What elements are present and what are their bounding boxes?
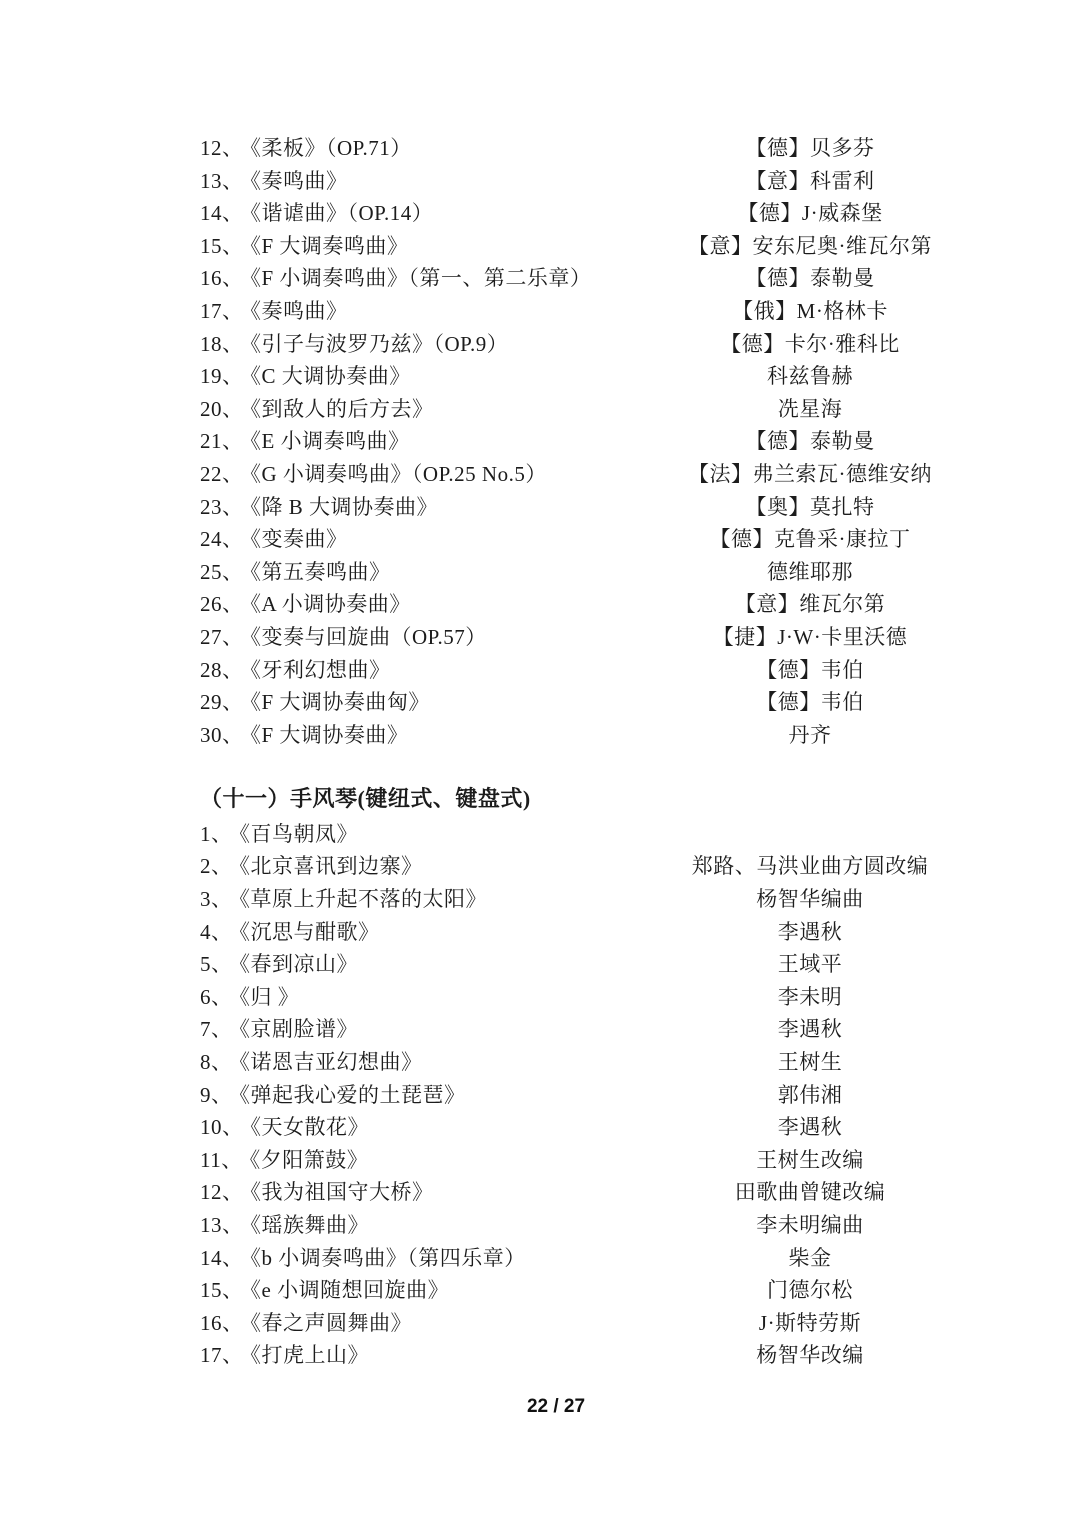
list-item: 24、《变奏曲》 【德】克鲁采·康拉丁: [200, 523, 1010, 556]
piece-author: 门德尔松: [610, 1274, 1010, 1307]
piece-title-cell: 8、《诺恩吉亚幻想曲》: [200, 1046, 610, 1079]
item-number: 7、: [200, 1017, 233, 1041]
list-item: 6、《归 》 李未明: [200, 981, 1010, 1014]
list-item: 21、《E 小调奏鸣曲》 【德】泰勒曼: [200, 425, 1010, 458]
piece-title: 《柔板》（OP.71）: [251, 136, 412, 160]
piece-title: 《F 小调奏鸣曲》（第一、第二乐章）: [251, 266, 592, 290]
piece-author: 李遇秋: [610, 916, 1010, 949]
piece-author: 李未明: [610, 981, 1010, 1014]
list-item: 9、《弹起我心爱的土琵琶》 郭伟湘: [200, 1079, 1010, 1112]
list-item: 3、《草原上升起不落的太阳》 杨智华编曲: [200, 883, 1010, 916]
document-content: 12、《柔板》（OP.71） 【德】贝多芬 13、《奏鸣曲》 【意】科雷利 14…: [0, 132, 1080, 1372]
piece-author: 【俄】M·格林卡: [610, 295, 1010, 328]
piece-author: 【德】韦伯: [610, 654, 1010, 687]
piece-title: 《E 小调奏鸣曲》: [251, 429, 410, 453]
item-number: 15、: [200, 234, 244, 258]
item-number: 17、: [200, 299, 244, 323]
list-item: 14、《谐谑曲》（OP.14） 【德】J·威森堡: [200, 197, 1010, 230]
item-number: 6、: [200, 985, 233, 1009]
piece-author: 【德】贝多芬: [610, 132, 1010, 165]
piece-author: 郭伟湘: [610, 1079, 1010, 1112]
piece-author: 冼星海: [610, 393, 1010, 426]
list-item: 16、《F 小调奏鸣曲》（第一、第二乐章） 【德】泰勒曼: [200, 262, 1010, 295]
item-number: 4、: [200, 920, 233, 944]
item-number: 30、: [200, 723, 244, 747]
item-number: 10、: [200, 1115, 244, 1139]
item-number: 14、: [200, 1246, 244, 1270]
piece-author: 【德】克鲁采·康拉丁: [610, 523, 1010, 556]
list-item: 23、《降 B 大调协奏曲》 【奥】莫扎特: [200, 491, 1010, 524]
piece-title-cell: 12、《柔板》（OP.71）: [200, 132, 610, 165]
item-number: 9、: [200, 1083, 233, 1107]
item-number: 2、: [200, 854, 233, 878]
piece-title-cell: 29、《F 大调协奏曲匈》: [200, 686, 610, 719]
piece-title: 《天女散花》: [251, 1115, 370, 1139]
piece-author: 【意】科雷利: [610, 165, 1010, 198]
piece-title-cell: 17、《奏鸣曲》: [200, 295, 610, 328]
piece-title: 《牙利幻想曲》: [251, 658, 391, 682]
list-item: 14、《b 小调奏鸣曲》（第四乐章） 柴金: [200, 1242, 1010, 1275]
piece-title-cell: 10、《天女散花》: [200, 1111, 610, 1144]
piece-author: [610, 818, 1010, 851]
piece-author: 李未明编曲: [610, 1209, 1010, 1242]
piece-title: 《G 小调奏鸣曲》（OP.25 No.5）: [251, 462, 547, 486]
piece-title-cell: 20、《到敌人的后方去》: [200, 393, 610, 426]
item-number: 1、: [200, 822, 233, 846]
piece-title-cell: 17、《打虎上山》: [200, 1339, 610, 1372]
list-item: 16、《春之声圆舞曲》 J·斯特劳斯: [200, 1307, 1010, 1340]
piece-title-cell: 14、《谐谑曲》（OP.14）: [200, 197, 610, 230]
piece-title: 《奏鸣曲》: [251, 169, 348, 193]
piece-title-cell: 23、《降 B 大调协奏曲》: [200, 491, 610, 524]
piece-title: 《到敌人的后方去》: [251, 397, 434, 421]
piece-title: 《第五奏鸣曲》: [251, 560, 391, 584]
piece-author: 【法】弗兰索瓦·德维安纳: [610, 458, 1010, 491]
list-item: 20、《到敌人的后方去》 冼星海: [200, 393, 1010, 426]
item-number: 12、: [200, 1180, 244, 1204]
piece-title-cell: 16、《F 小调奏鸣曲》（第一、第二乐章）: [200, 262, 610, 295]
piece-title-cell: 5、《春到凉山》: [200, 948, 610, 981]
piece-title-cell: 13、《奏鸣曲》: [200, 165, 610, 198]
piece-title: 《归 》: [240, 985, 300, 1009]
piece-author: 【德】J·威森堡: [610, 197, 1010, 230]
piece-title-cell: 15、《e 小调随想回旋曲》: [200, 1274, 610, 1307]
piece-title: 《奏鸣曲》: [251, 299, 348, 323]
piece-title-cell: 28、《牙利幻想曲》: [200, 654, 610, 687]
item-number: 23、: [200, 495, 244, 519]
piece-title: 《春之声圆舞曲》: [251, 1311, 413, 1335]
piece-title: 《打虎上山》: [251, 1343, 370, 1367]
item-number: 25、: [200, 560, 244, 584]
piece-title-cell: 15、《F 大调奏鸣曲》: [200, 230, 610, 263]
repertoire-list-accordion: 1、《百鸟朝凤》 2、《北京喜讯到边寨》 郑路、马洪业曲方圆改编 3、《草原上升…: [200, 818, 1010, 1372]
piece-author: 王树生: [610, 1046, 1010, 1079]
piece-author: 李遇秋: [610, 1111, 1010, 1144]
piece-title-cell: 21、《E 小调奏鸣曲》: [200, 425, 610, 458]
piece-author: 【德】卡尔·雅科比: [610, 328, 1010, 361]
list-item: 10、《天女散花》 李遇秋: [200, 1111, 1010, 1144]
item-number: 8、: [200, 1050, 233, 1074]
piece-title: 《百鸟朝凤》: [240, 822, 359, 846]
piece-author: 【奥】莫扎特: [610, 491, 1010, 524]
item-number: 15、: [200, 1278, 244, 1302]
piece-title-cell: 25、《第五奏鸣曲》: [200, 556, 610, 589]
list-item: 13、《奏鸣曲》 【意】科雷利: [200, 165, 1010, 198]
item-number: 29、: [200, 690, 244, 714]
piece-author: 郑路、马洪业曲方圆改编: [610, 850, 1010, 883]
piece-title-cell: 19、《C 大调协奏曲》: [200, 360, 610, 393]
piece-title: 《我为祖国守大桥》: [251, 1180, 434, 1204]
list-item: 30、《F 大调协奏曲》 丹齐: [200, 719, 1010, 752]
repertoire-list-section-10: 12、《柔板》（OP.71） 【德】贝多芬 13、《奏鸣曲》 【意】科雷利 14…: [200, 132, 1010, 751]
piece-title-cell: 22、《G 小调奏鸣曲》（OP.25 No.5）: [200, 458, 610, 491]
item-number: 14、: [200, 201, 244, 225]
piece-title: 《夕阳箫鼓》: [250, 1148, 369, 1172]
piece-author: 柴金: [610, 1242, 1010, 1275]
piece-author: 德维耶那: [610, 556, 1010, 589]
piece-title-cell: 30、《F 大调协奏曲》: [200, 719, 610, 752]
item-number: 13、: [200, 1213, 244, 1237]
piece-title-cell: 3、《草原上升起不落的太阳》: [200, 883, 610, 916]
list-item: 8、《诺恩吉亚幻想曲》 王树生: [200, 1046, 1010, 1079]
list-item: 17、《打虎上山》 杨智华改编: [200, 1339, 1010, 1372]
list-item: 15、《F 大调奏鸣曲》 【意】安东尼奥·维瓦尔第: [200, 230, 1010, 263]
list-item: 27、《变奏与回旋曲（OP.57） 【捷】J·W·卡里沃德: [200, 621, 1010, 654]
list-item: 18、《引子与波罗乃兹》（OP.9） 【德】卡尔·雅科比: [200, 328, 1010, 361]
list-item: 5、《春到凉山》 王域平: [200, 948, 1010, 981]
item-number: 5、: [200, 952, 233, 976]
piece-author: 王树生改编: [610, 1144, 1010, 1177]
piece-title-cell: 1、《百鸟朝凤》: [200, 818, 610, 851]
section-heading-accordion: （十一）手风琴(键纽式、键盘式): [200, 783, 1010, 816]
item-number: 20、: [200, 397, 244, 421]
piece-title-cell: 27、《变奏与回旋曲（OP.57）: [200, 621, 610, 654]
piece-title: 《F 大调奏鸣曲》: [251, 234, 409, 258]
piece-title: 《北京喜讯到边寨》: [240, 854, 423, 878]
piece-title-cell: 4、《沉思与酣歌》: [200, 916, 610, 949]
item-number: 11、: [200, 1148, 243, 1172]
piece-title: 《C 大调协奏曲》: [251, 364, 411, 388]
item-number: 16、: [200, 266, 244, 290]
piece-title: 《b 小调奏鸣曲》（第四乐章）: [251, 1246, 526, 1270]
piece-author: 【德】韦伯: [610, 686, 1010, 719]
piece-title: 《引子与波罗乃兹》（OP.9）: [251, 332, 509, 356]
list-item: 12、《我为祖国守大桥》 田歌曲曾键改编: [200, 1176, 1010, 1209]
piece-title: 《谐谑曲》（OP.14）: [251, 201, 434, 225]
list-item: 13、《瑶族舞曲》 李未明编曲: [200, 1209, 1010, 1242]
piece-author: 【意】安东尼奥·维瓦尔第: [610, 230, 1010, 263]
document-page: 12、《柔板》（OP.71） 【德】贝多芬 13、《奏鸣曲》 【意】科雷利 14…: [0, 132, 1080, 1419]
piece-author: 李遇秋: [610, 1013, 1010, 1046]
item-number: 16、: [200, 1311, 244, 1335]
piece-title: 《F 大调协奏曲匈》: [251, 690, 430, 714]
item-number: 26、: [200, 592, 244, 616]
piece-title-cell: 12、《我为祖国守大桥》: [200, 1176, 610, 1209]
piece-title: 《变奏曲》: [251, 527, 348, 551]
piece-title: 《沉思与酣歌》: [240, 920, 380, 944]
piece-title: 《春到凉山》: [240, 952, 359, 976]
piece-author: 【德】泰勒曼: [610, 262, 1010, 295]
piece-author: 【德】泰勒曼: [610, 425, 1010, 458]
piece-title-cell: 18、《引子与波罗乃兹》（OP.9）: [200, 328, 610, 361]
list-item: 11、《夕阳箫鼓》 王树生改编: [200, 1144, 1010, 1177]
list-item: 25、《第五奏鸣曲》 德维耶那: [200, 556, 1010, 589]
item-number: 24、: [200, 527, 244, 551]
item-number: 19、: [200, 364, 244, 388]
piece-title: 《A 小调协奏曲》: [251, 592, 411, 616]
item-number: 28、: [200, 658, 244, 682]
piece-title: 《降 B 大调协奏曲》: [251, 495, 439, 519]
piece-title-cell: 2、《北京喜讯到边寨》: [200, 850, 610, 883]
list-item: 19、《C 大调协奏曲》 科兹鲁赫: [200, 360, 1010, 393]
piece-title-cell: 9、《弹起我心爱的土琵琶》: [200, 1079, 610, 1112]
piece-author: 科兹鲁赫: [610, 360, 1010, 393]
piece-title: 《京剧脸谱》: [240, 1017, 359, 1041]
piece-title-cell: 7、《京剧脸谱》: [200, 1013, 610, 1046]
list-item: 12、《柔板》（OP.71） 【德】贝多芬: [200, 132, 1010, 165]
piece-title-cell: 26、《A 小调协奏曲》: [200, 588, 610, 621]
item-number: 27、: [200, 625, 244, 649]
page-footer: 22 / 27: [0, 1395, 1080, 1419]
page-number: 22 / 27: [527, 1396, 585, 1417]
piece-author: 杨智华编曲: [610, 883, 1010, 916]
list-item: 7、《京剧脸谱》 李遇秋: [200, 1013, 1010, 1046]
piece-title-cell: 11、《夕阳箫鼓》: [200, 1144, 610, 1177]
piece-author: 杨智华改编: [610, 1339, 1010, 1372]
piece-author: 丹齐: [610, 719, 1010, 752]
piece-title: 《草原上升起不落的太阳》: [240, 887, 488, 911]
item-number: 18、: [200, 332, 244, 356]
piece-author: 【意】维瓦尔第: [610, 588, 1010, 621]
item-number: 17、: [200, 1343, 244, 1367]
piece-title-cell: 14、《b 小调奏鸣曲》（第四乐章）: [200, 1242, 610, 1275]
list-item: 26、《A 小调协奏曲》 【意】维瓦尔第: [200, 588, 1010, 621]
list-item: 15、《e 小调随想回旋曲》 门德尔松: [200, 1274, 1010, 1307]
piece-title: 《诺恩吉亚幻想曲》: [240, 1050, 423, 1074]
item-number: 3、: [200, 887, 233, 911]
piece-title-cell: 16、《春之声圆舞曲》: [200, 1307, 610, 1340]
piece-title-cell: 24、《变奏曲》: [200, 523, 610, 556]
list-item: 22、《G 小调奏鸣曲》（OP.25 No.5） 【法】弗兰索瓦·德维安纳: [200, 458, 1010, 491]
list-item: 17、《奏鸣曲》 【俄】M·格林卡: [200, 295, 1010, 328]
item-number: 22、: [200, 462, 244, 486]
piece-title: 《e 小调随想回旋曲》: [251, 1278, 450, 1302]
piece-author: J·斯特劳斯: [610, 1307, 1010, 1340]
list-item: 2、《北京喜讯到边寨》 郑路、马洪业曲方圆改编: [200, 850, 1010, 883]
piece-title: 《变奏与回旋曲（OP.57）: [251, 625, 487, 649]
list-item: 29、《F 大调协奏曲匈》 【德】韦伯: [200, 686, 1010, 719]
piece-title: 《F 大调协奏曲》: [251, 723, 409, 747]
list-item: 4、《沉思与酣歌》 李遇秋: [200, 916, 1010, 949]
piece-author: 田歌曲曾键改编: [610, 1176, 1010, 1209]
piece-title: 《弹起我心爱的土琵琶》: [240, 1083, 466, 1107]
piece-title-cell: 13、《瑶族舞曲》: [200, 1209, 610, 1242]
piece-title: 《瑶族舞曲》: [251, 1213, 370, 1237]
piece-title-cell: 6、《归 》: [200, 981, 610, 1014]
piece-author: 【捷】J·W·卡里沃德: [610, 621, 1010, 654]
item-number: 21、: [200, 429, 244, 453]
item-number: 12、: [200, 136, 244, 160]
list-item: 1、《百鸟朝凤》: [200, 818, 1010, 851]
item-number: 13、: [200, 169, 244, 193]
piece-author: 王域平: [610, 948, 1010, 981]
list-item: 28、《牙利幻想曲》 【德】韦伯: [200, 654, 1010, 687]
